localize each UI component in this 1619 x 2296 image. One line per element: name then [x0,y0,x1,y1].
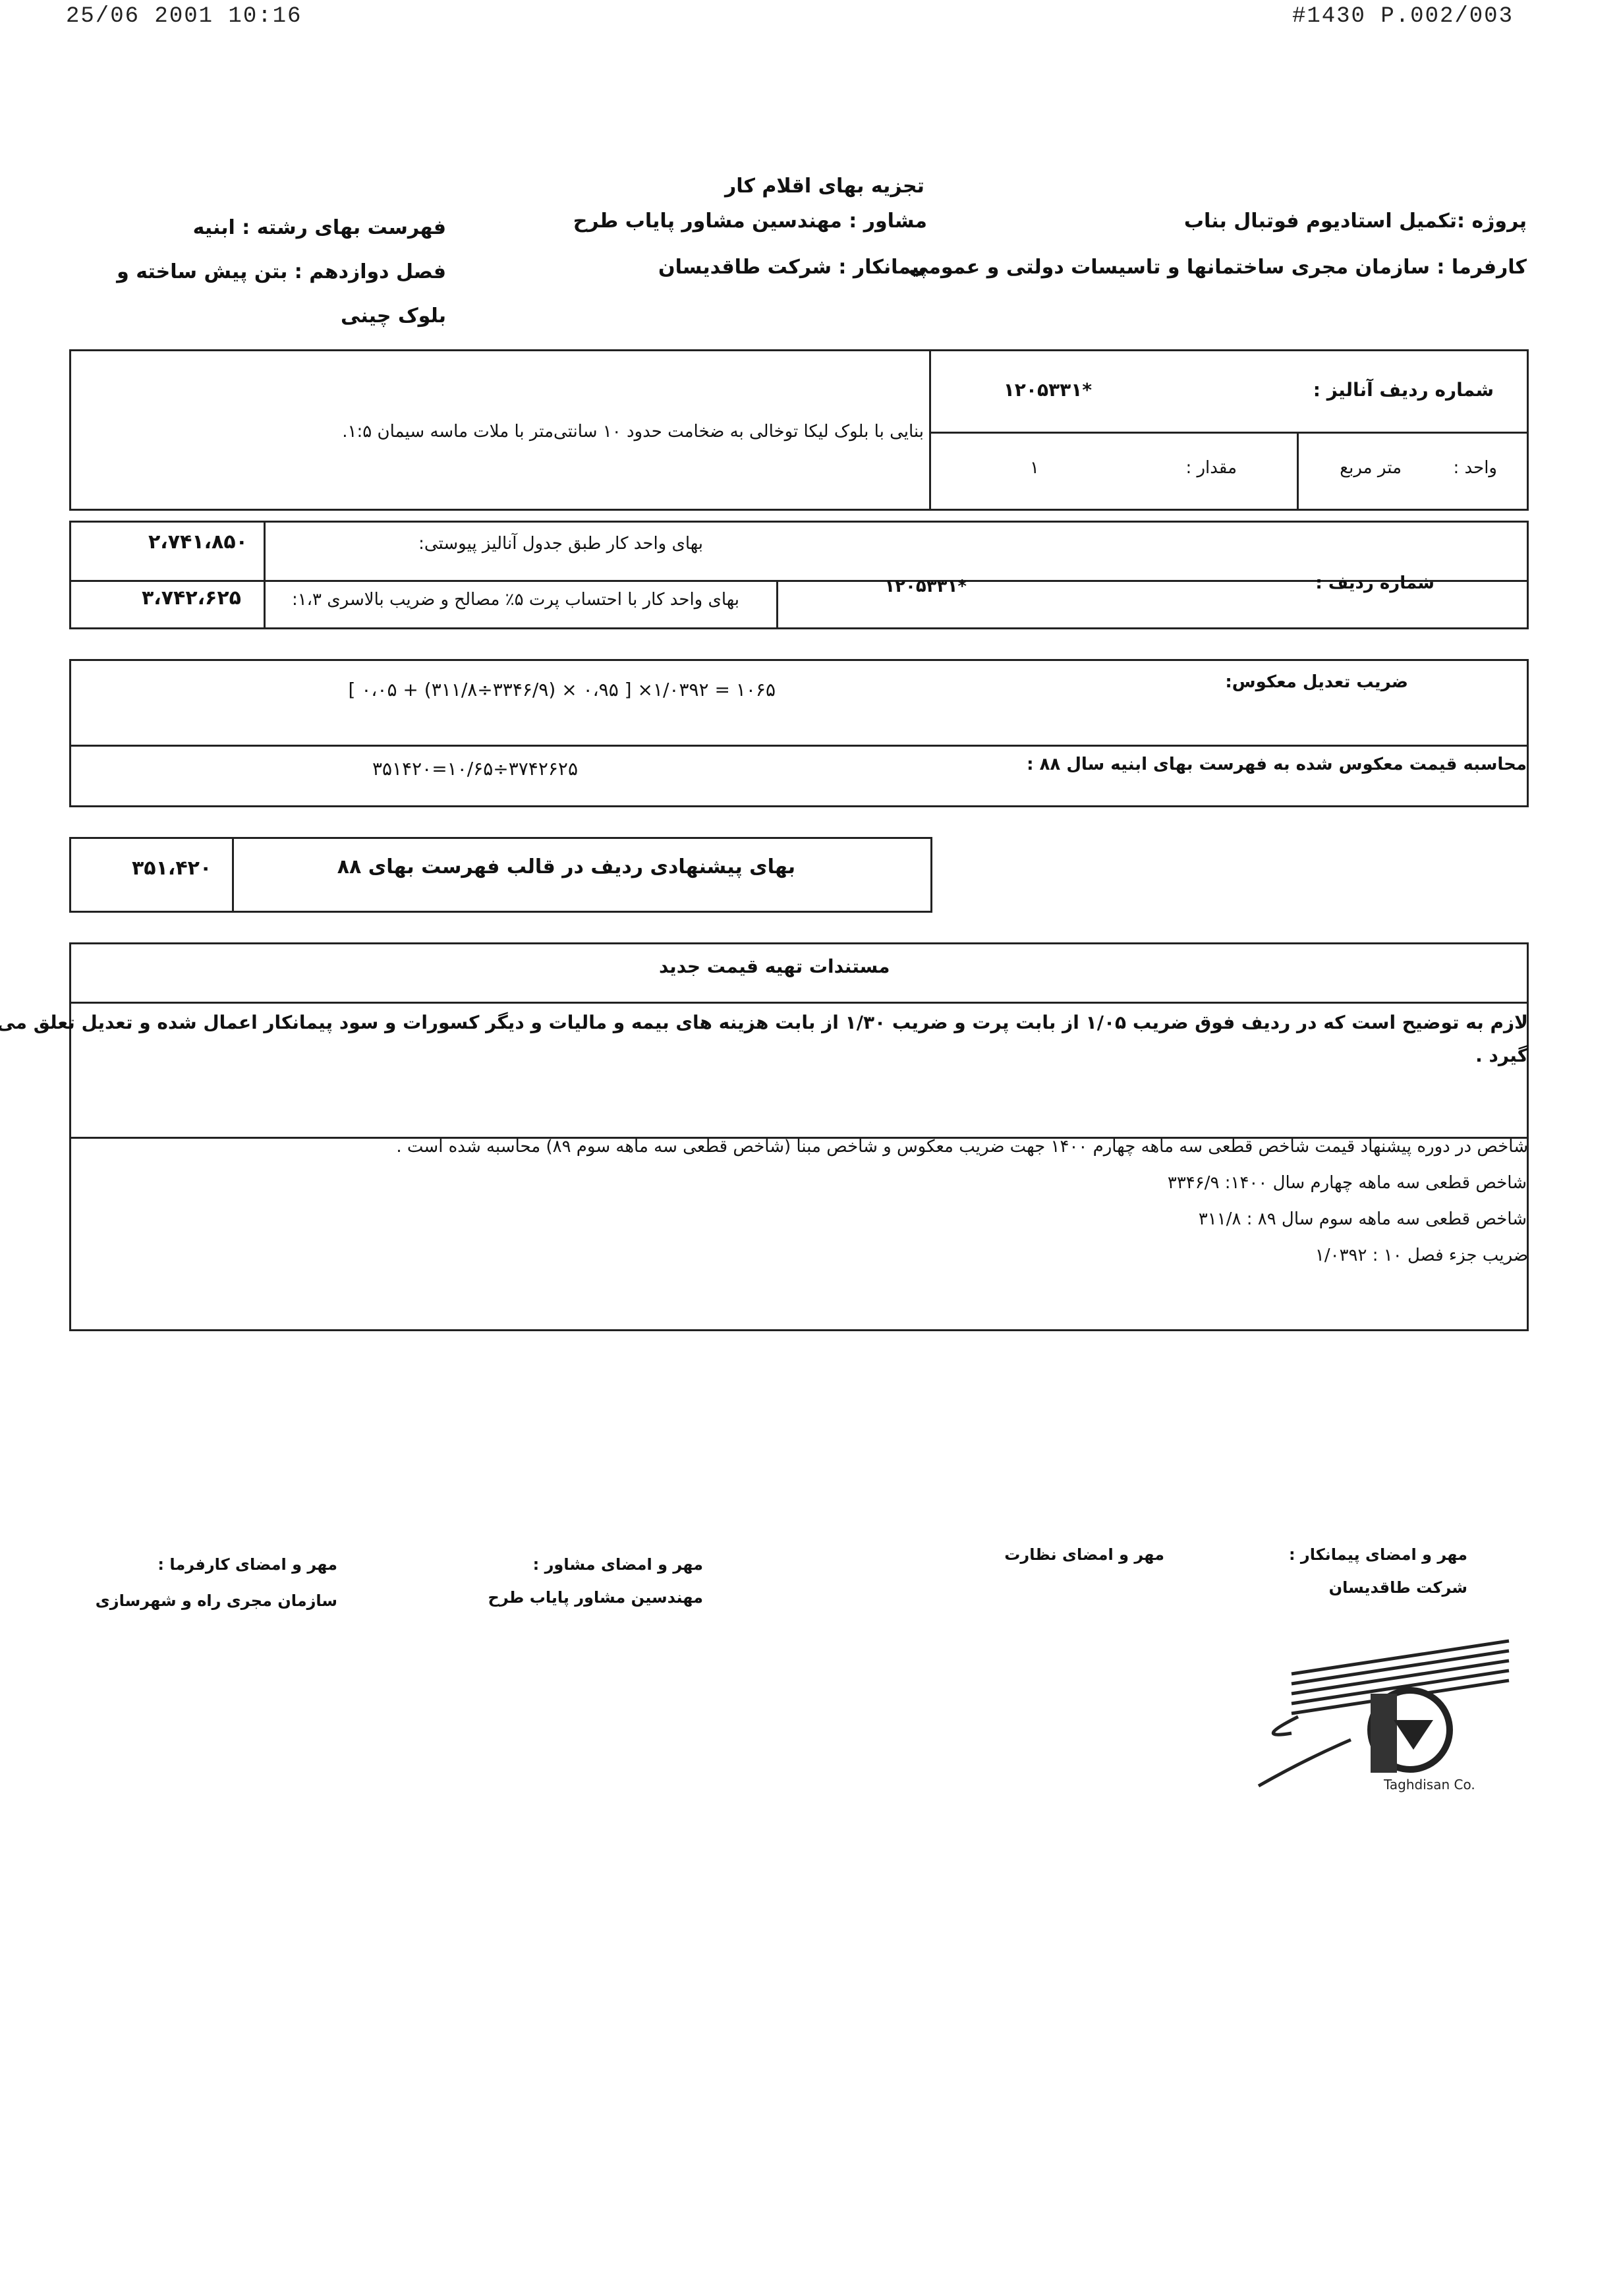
unit-value: متر مربع [1340,458,1402,478]
analysis-description: بنایی با بلوک لیکا توخالی به ضخامت حدود … [342,422,924,442]
divider [69,580,1529,582]
unit-price-label: بهای واحد کار طبق جدول آنالیز پیوستی: [418,534,703,554]
contractor-name: پیمانکار : شرکت طاقدیسان [658,256,927,279]
reverse-price-formula: ۳۷۴۲۶۲۵÷۱۰/۶۵=۳۵۱۴۲۰ [372,758,578,780]
fax-header: 25/06 2001 10:16 #1430 P.002/003 [0,4,1619,30]
employer-name: کارفرما : سازمان مجری ساختمانها و تاسیسا… [909,256,1527,279]
divider [1297,432,1299,511]
divider [69,745,1529,747]
unit-label: واحد : [1453,458,1497,478]
index-q3-89: شاخص قطعی سه ماهه سوم سال ۸۹ : ۳۱۱/۸ [1199,1209,1527,1229]
adjusted-row-label: شماره ردیف : [1315,573,1434,593]
document-title: تجزیه بهای اقلام کار [725,175,924,198]
index-line1: شاخص در دوره پیشنهاد قیمت شاخص قطعی سه م… [396,1137,1528,1157]
consultant-name: مشاور : مهندسین مشاور پایاب طرح [573,210,927,233]
unit-price-value: ۲،۷۴۱،۸۵۰ [148,531,248,554]
adjusted-price-value: ۳،۷۴۲،۶۲۵ [142,587,241,610]
note-line2: گیرد . [1475,1045,1528,1066]
reverse-factor-label: ضریب تعدیل معکوس: [1225,672,1408,692]
chapter-factor: ضریب جزء فصل ۱۰ : ۱/۰۳۹۲ [1315,1246,1528,1265]
svg-text:Taghdisan Co.: Taghdisan Co. [1383,1777,1475,1793]
consultant-sign-label: مهر و امضای مشاور : [533,1555,703,1574]
index-q4-1400: شاخص قطعی سه ماهه چهارم سال ۱۴۰۰: ۳۳۴۶/۹ [1168,1173,1527,1193]
adjusted-row-value: *۱۲۰۵۳۳۱ [884,577,967,596]
project-name: پروژه :تکمیل استادیوم فوتبال بناب [1184,210,1527,233]
analysis-row-value: *۱۲۰۵۳۳۱ [1004,379,1092,401]
consultant-sign-name: مهندسین مشاور پایاب طرح [488,1588,703,1607]
analysis-row-label: شماره ردیف آنالیز : [1313,379,1494,401]
contractor-sign-label: مهر و امضای پیمانکار : [1289,1545,1467,1564]
divider [69,1002,1529,1004]
proposed-price-label: بهای پیشنهادی ردیف در قالب فهرست بهای ۸۸ [337,855,795,878]
divider [929,349,931,511]
divider [264,521,266,629]
price-box [69,521,1529,629]
reverse-factor-formula: ۱۰۶۵ = ۱/۰۳۹۲× [ ۰،۹۵ × (۳۳۴۶/۹÷۳۱۱/۸) +… [349,679,776,701]
divider [776,580,778,629]
documents-title: مستندات تهیه قیمت جدید [659,956,890,977]
contractor-sign-name: شرکت طاقدیسان [1329,1578,1467,1597]
note-line1: لازم به توضیح است که در ردیف فوق ضریب ۱/… [0,1012,1528,1033]
divider [232,837,234,913]
fax-datetime: 25/06 2001 10:16 [66,4,302,29]
proposed-price-value: ۳۵۱،۴۲۰ [132,857,212,880]
chapter-line2: بلوک چینی [341,304,446,328]
quantity-label: مقدار : [1185,458,1237,478]
reverse-price-label: محاسبه قیمت معکوس شده به فهرست بهای ابنی… [1027,755,1527,774]
chapter-line1: فصل دوازدهم : بتن پیش ساخته و [117,260,446,283]
quantity-value: ۱ [1030,458,1039,478]
divider [929,432,1529,434]
supervision-sign-label: مهر و امضای نظارت [1004,1545,1164,1564]
company-stamp-icon: Taghdisan Co. [1252,1634,1516,1793]
employer-sign-name: سازمان مجری راه و شهرسازی [96,1592,337,1610]
fax-page-info: #1430 P.002/003 [1292,4,1514,29]
employer-sign-label: مهر و امضای کارفرما : [157,1555,337,1574]
price-list: فهرست بهای رشته : ابنیه [193,216,446,239]
adjusted-price-label: بهای واحد کار با احتساب پرت ۵٪ مصالح و ض… [292,590,739,610]
